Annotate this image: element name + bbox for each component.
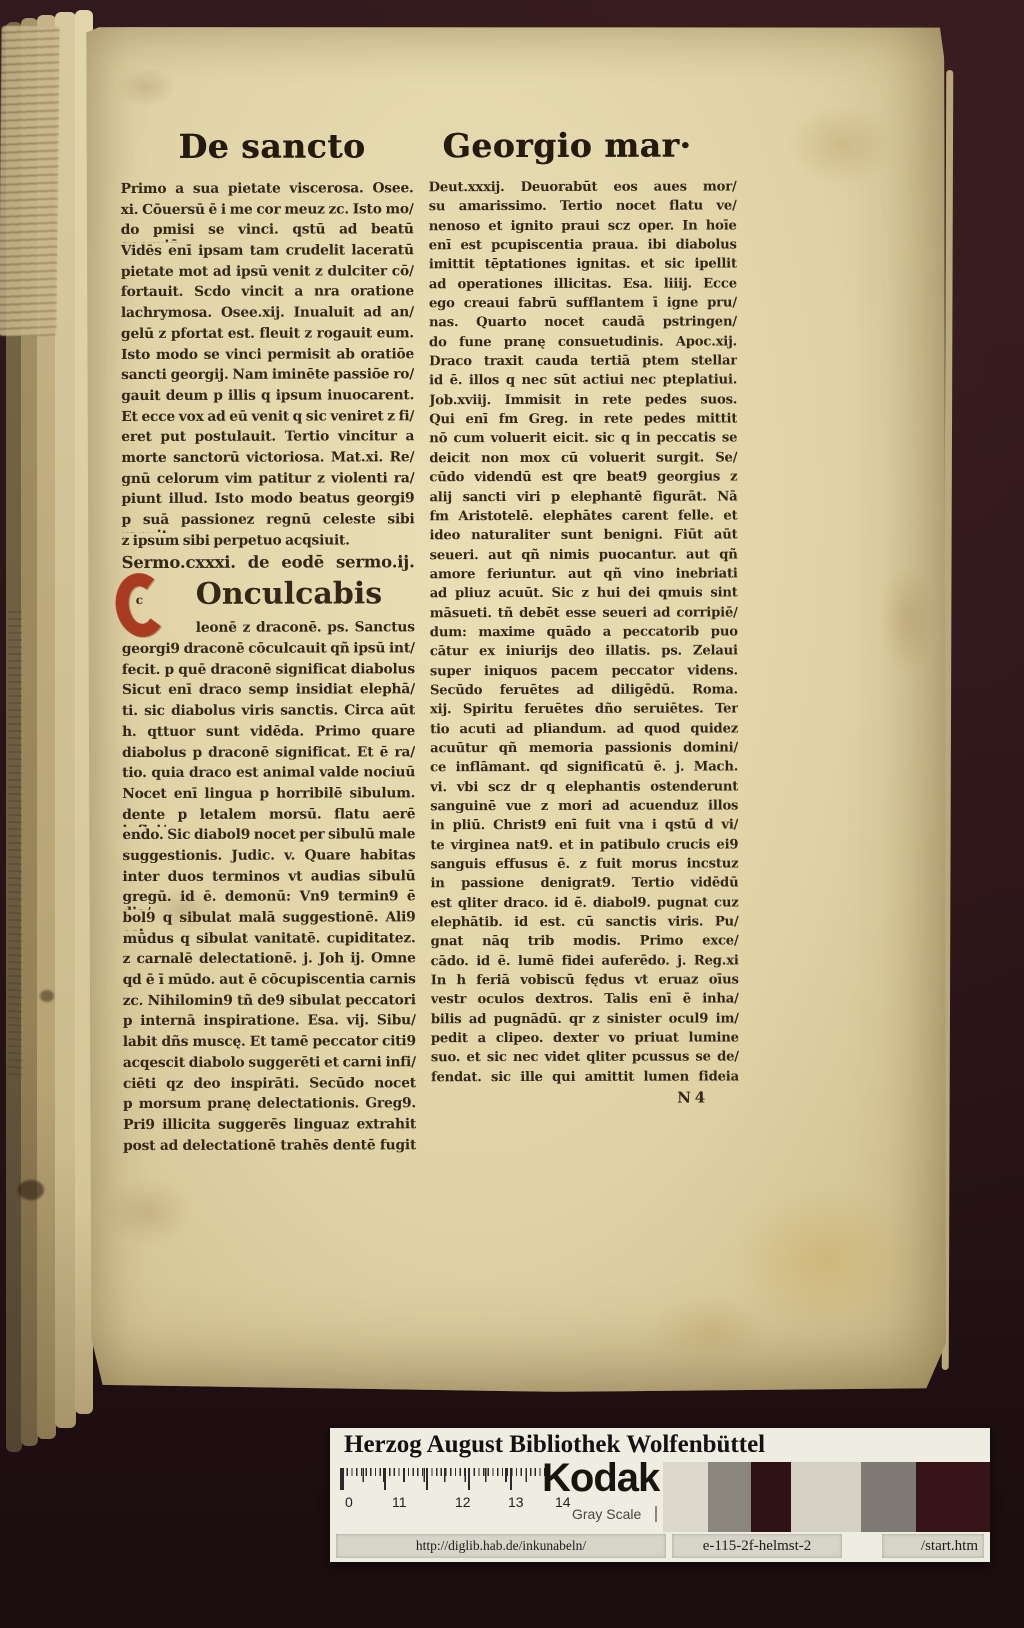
text-line: ego creaui fabrū sufflantem ī igne pru/	[429, 295, 737, 315]
gray-scale-swatches	[663, 1462, 990, 1532]
text-line: deicit non mox cū voluerit surgit. Se/	[429, 450, 737, 470]
manuscript-fragment	[0, 26, 60, 337]
text-line: fm Aristotelē. elephātes carent felle. e…	[429, 508, 737, 528]
text-line: acuūtur qñ memoria passionis domini/	[430, 740, 738, 760]
text-line: Sermo.cxxxi. de eodē sermo.ij.	[122, 553, 415, 578]
text-line: z carnalē delectationē. j. Joh ij. Omne	[123, 951, 416, 972]
text-line: in pliū. Christ9 enī fuit vna i qstū d v…	[430, 818, 738, 838]
gray-swatch	[791, 1462, 861, 1532]
text-line: te virginea nat9. et in patibulo crucis …	[430, 837, 738, 857]
gray-swatch	[663, 1462, 708, 1532]
text-line: tio acuti ad pliandum. ad quod quidez	[430, 721, 738, 741]
text-line: Secūdo feruētes ad diligēdū. Roma.	[430, 682, 738, 702]
text-line: in passione denigrat9. Tertio vidēdū	[430, 876, 738, 896]
url-base: http://diglib.hab.de/inkunabeln/	[336, 1534, 666, 1558]
text-line: gnū celorum vim patitur z violenti ra/	[121, 470, 414, 491]
ruler-number: 11	[392, 1494, 455, 1512]
text-line: xi. Cōuersū ē i me cor meuz zc. Isto mo/	[121, 201, 414, 222]
text-line: ad pliuz acuūt. Sic z hui dei qmuis sint	[430, 586, 738, 606]
marginal-annotations	[8, 610, 22, 1080]
text-line: ce inflāmant. qd significatū ē. j. Mach.	[430, 760, 738, 780]
guide-letter: c	[136, 593, 143, 607]
ink-blot	[18, 1180, 44, 1200]
text-line: māsueti. tñ debēt esse seueri ad corripi…	[430, 605, 738, 625]
text-line: ad operationes illicitas. Esa. liiij. Ec…	[429, 276, 737, 296]
text-line: acqescit diabolo suggerēti et carni infi…	[123, 1054, 416, 1075]
text-line: enī est pcupiscentia praua. ibi diabolus	[429, 237, 737, 257]
text-line: suo. et sic nec videt qliter pcussus se …	[431, 1050, 739, 1070]
text-line: do pmisi se vinci. qstū ad beatū georgiū…	[121, 222, 414, 243]
book-page: De sancto Georgio mar· c Primo a sua pie…	[86, 25, 948, 1393]
text-line: piunt illud. Isto modo beatus georgi9	[121, 491, 414, 512]
digitized-book-scan: De sancto Georgio mar· c Primo a sua pie…	[0, 0, 1024, 1628]
text-line: Draco traxit cauda tertiā ptem stellar	[429, 354, 737, 374]
text-line: dum: maxime quādo a peccatorib puo	[430, 624, 738, 644]
text-line: su amarissimo. Tertio nocet flatu ve/	[429, 199, 737, 219]
running-head-left: De sancto	[178, 126, 365, 165]
text-line: sanguinē vue z mori ad acuenduz illos	[430, 798, 738, 818]
text-column-left: c Primo a sua pietate viscerosa. Osee.xi…	[121, 180, 417, 1158]
text-line: Deut.xxxij. Deuorabūt eos aues mor/	[429, 179, 737, 199]
text-line: cātur ex iniurijs deo illatis. ps. Zelau…	[430, 644, 738, 664]
text-line: sancti georgij. Nam iminēte passiōe ro/	[121, 366, 414, 387]
text-line: diabolus p draconē significat. Et ē ra/	[122, 744, 415, 765]
text-line: fecit. p quē draconē significat diabolus	[122, 661, 415, 682]
text-line: In h feriā vobiscū fędus vt eruaz oīus	[431, 973, 739, 993]
text-line: sanguis effusus ē. z fuit morus incstuz	[430, 856, 738, 876]
gray-swatch	[751, 1462, 791, 1532]
text-line: h. qttuor sunt vidēda. Primo quare	[122, 723, 415, 744]
text-line: alij sancti viri p elephantē figurāt. Nā	[429, 489, 737, 509]
gray-swatch	[861, 1462, 916, 1532]
text-line: z ipsum sibi perpetuo acqsiuit.	[122, 532, 415, 553]
text-line: Nocet enī lingua p horribilē sibulum.	[122, 785, 415, 806]
text-line: eret put postulauit. Tertio vincitur a	[121, 429, 414, 450]
text-line: bol9 q sibulat malā suggestionē. Ali9 es…	[123, 909, 416, 930]
text-line: suggestionis. Judic. v. Quare habitas	[122, 847, 415, 868]
ink-blot	[40, 990, 54, 1002]
ruler-number: 0	[340, 1494, 392, 1512]
text-line: vi. vbi scz dr q elephantis ostenderunt	[430, 779, 738, 799]
text-line: Primo a sua pietate viscerosa. Osee.	[121, 180, 414, 201]
text-line: Sicut enī draco semp insidiat elephā/	[122, 682, 415, 703]
text-line: Pri9 illicita suggerēs linguaz extrahit	[123, 1116, 416, 1137]
text-line: ciēti qz deo inspirāti. Secūdo nocet	[123, 1075, 416, 1096]
running-head: De sancto Georgio mar·	[86, 125, 944, 171]
text-line: xij. Spiritu feruētes dño seruiētes. Ter	[430, 702, 738, 722]
text-line: do fune pranę consuetudinis. Apoc.xij.	[429, 334, 737, 354]
paper-stain	[116, 67, 176, 107]
text-line: lachrymosa. Osee.xij. Inualuit ad an/	[121, 304, 414, 325]
calibration-card: Herzog August Bibliothek Wolfenbüttel 01…	[330, 1428, 990, 1562]
text-line: georgi9 draconē cōculcauit qñ ipsū int/	[122, 640, 415, 661]
text-line: gauit deum p illis q ipsum inuocarent.	[121, 387, 414, 408]
text-line: ti. sic diabolus viris sanctis. Circa au…	[122, 702, 415, 723]
text-line: labit dñs muscę. Et tamē peccator citi9	[123, 1033, 416, 1054]
url-shelfmark: e-115-2f-helmst-2	[672, 1534, 842, 1558]
text-line: fortauit. Scdo vincit a nra oratione	[121, 284, 414, 305]
ruler	[340, 1468, 547, 1490]
gray-scale-label: Gray Scale	[572, 1506, 657, 1522]
text-line: gelū z pfortat est. fleuit z rogauit eum…	[121, 325, 414, 346]
text-line: Job.xviij. Immisit in rete pedes suos.	[429, 392, 737, 412]
text-line: gnat nāq trib modis. Primo exce/	[431, 934, 739, 954]
text-line: nas. Quarto nocet caudā pstringen/	[429, 315, 737, 335]
text-line: Qui enī fm Greg. in rete pedes mittit	[429, 412, 737, 432]
text-column-right: Deut.xxxij. Deuorabūt eos aues mor/su am…	[429, 179, 739, 1108]
paper-stain	[103, 1177, 193, 1247]
text-line: N 4	[431, 1089, 739, 1109]
text-line: qd ē ī mūdo. aut ē cōcupiscentia carnis	[123, 971, 416, 992]
text-line: inter duos terminos vt audias sibulū	[122, 868, 415, 889]
paper-stain	[729, 1185, 919, 1335]
text-line: Et ecce vox ad eū venit q sic veniret z …	[121, 408, 414, 429]
ruler-number: 12	[455, 1494, 508, 1512]
text-line: ideo naturaliter sunt benigni. Fiūt aūt	[430, 528, 738, 548]
text-line: endo. Sic diabol9 nocet per sibulū male	[122, 827, 415, 848]
text-line: pedit a clipeo. dexter vo priuat lumine	[431, 1031, 739, 1051]
url-page: /start.htm	[882, 1534, 984, 1558]
text-line: imittit tēptationes ignitas. et sic ipel…	[429, 257, 737, 277]
text-line: cādo. id ē. lumē fidei auferēdo. j. Reg.…	[431, 953, 739, 973]
text-line: p morsum pranę delectationis. Greg9.	[123, 1095, 416, 1116]
page-edge-strip	[55, 12, 76, 1428]
library-name: Herzog August Bibliothek Wolfenbüttel	[344, 1431, 765, 1459]
text-line: post ad delectationē trahēs dentē fugit	[123, 1137, 416, 1158]
text-line: super iniquos pacem peccator videns.	[430, 663, 738, 683]
text-line: pietate mot ad ipsū venit z dulciter cō/	[121, 263, 414, 284]
text-line: Isto modo se vinci permisit ab oratiōe	[121, 346, 414, 367]
text-line: p internā inspiratione. Esa. vij. Sibu/	[123, 1013, 416, 1034]
text-line: fendat. sic ille qui amittit lumen fidei…	[431, 1069, 739, 1089]
text-line: p suā passionez regnū celeste sibi rapui…	[121, 511, 414, 532]
text-line: elephātib. id est. cū sanctis viris. Pu/	[431, 914, 739, 934]
text-line: Vidēs enī ipsam tam crudelit laceratū	[121, 242, 414, 263]
text-line: leonē z draconē. ps. Sanctus	[122, 620, 415, 641]
paper-stain	[878, 565, 938, 675]
gray-swatch	[916, 1462, 990, 1532]
text-line: dente p letalem morsū. flatu aerē infici…	[122, 806, 415, 827]
running-head-right: Georgio mar·	[442, 126, 691, 166]
text-line: seueri. aut qñ nimis puocantur. aut qñ	[430, 547, 738, 567]
text-line: est qliter draco. id ē. diabol9. pugnat …	[430, 895, 738, 915]
text-line: mūdus q sibulat vanitatē. cupiditatez.	[123, 930, 416, 951]
text-line: id ē. illos q nec sūt actiui nec pteplat…	[429, 373, 737, 393]
text-line: gregū. id ē. demonū: Vn9 termin9 ē dia/	[122, 889, 415, 910]
text-line: bilis ad pugnādū. qr z sinister ocul9 im…	[431, 1011, 739, 1031]
gray-swatch	[708, 1462, 751, 1532]
text-line: nō cum voluerit eicit. sic q in peccatis…	[429, 431, 737, 451]
text-line: zc. Nihilomin9 tñ de9 sibulat peccatori	[123, 992, 416, 1013]
kodak-logo: Kodak	[542, 1456, 659, 1501]
paper-stain	[650, 1295, 770, 1365]
text-line: vestr oculos dextros. Talis enī ē inha/	[431, 992, 739, 1012]
text-line: morte sanctorū victoriosa. Mat.xi. Re/	[121, 449, 414, 470]
text-line: Onculcabis	[122, 577, 415, 621]
text-line: tio. quia draco est animal valde nociuū	[122, 764, 415, 785]
text-line: cūdo videndū est qre beat9 georgius z	[429, 470, 737, 490]
text-line: amore feriuntur. aut qñ vino inebriati	[430, 566, 738, 586]
text-line: nenoso et ignito praui scz oper. In hoīe	[429, 218, 737, 238]
